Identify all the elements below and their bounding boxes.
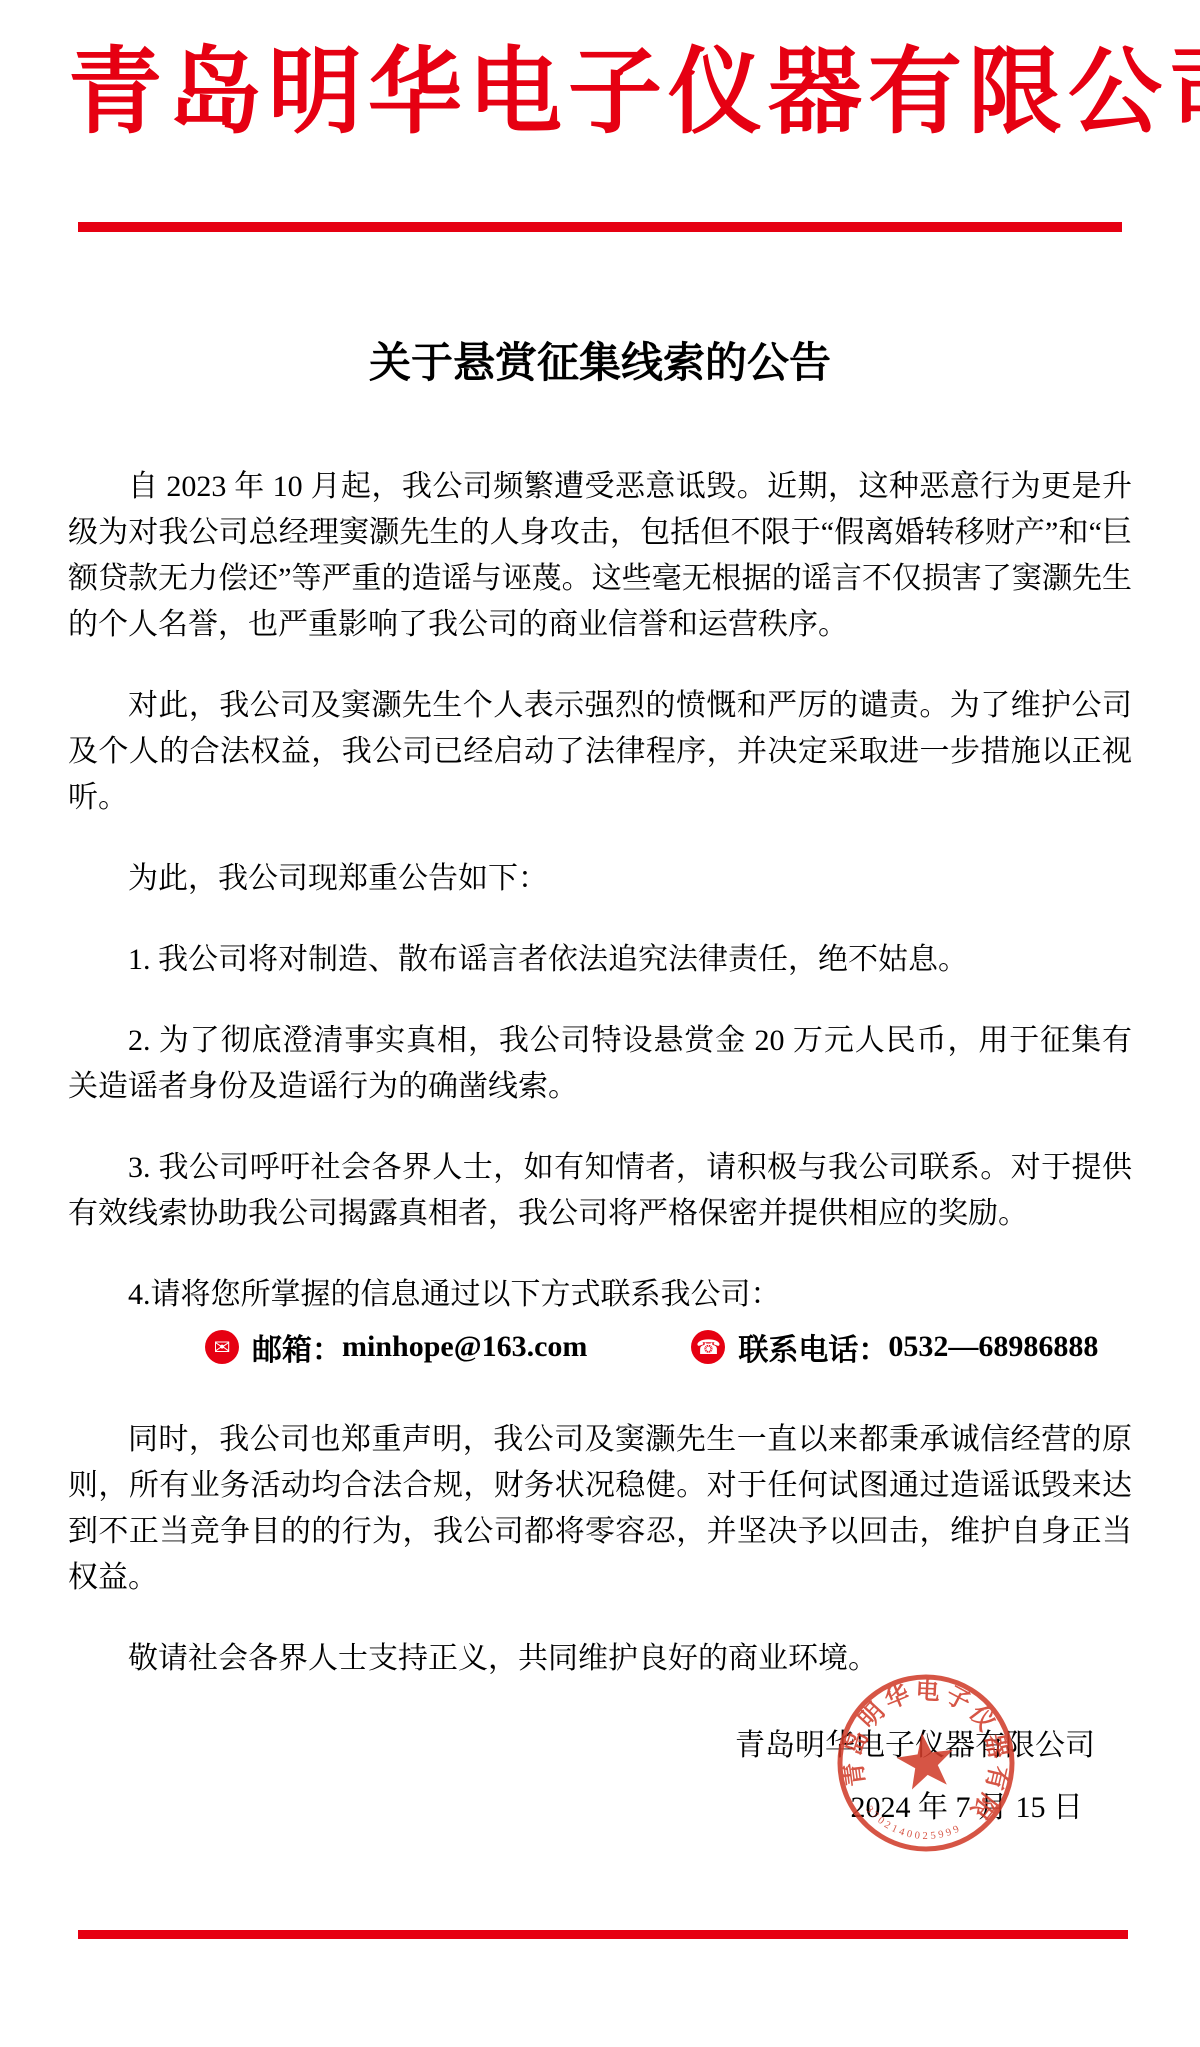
list-item-4: 4.请将您所掌握的信息通过以下方式联系我公司： <box>68 1272 1132 1318</box>
footer-divider-line <box>78 1930 1128 1939</box>
paragraph-announce-intro: 为此，我公司现郑重公告如下： <box>68 856 1132 902</box>
list-item-1: 1. 我公司将对制造、散布谣言者依法追究法律责任，绝不姑息。 <box>68 937 1132 983</box>
document-page: 青岛明华电子仪器有限公司 关于悬赏征集线索的公告 自 2023 年 10 月起，… <box>0 36 1200 1831</box>
paragraph-condemnation: 对此，我公司及窦灏先生个人表示强烈的愤慨和严厉的谴责。为了维护公司及个人的合法权… <box>68 683 1132 821</box>
company-letterhead: 青岛明华电子仪器有限公司 <box>68 36 1132 151</box>
phone-number: 0532—68986888 <box>888 1330 1098 1364</box>
phone-contact: ☎ 联系电话： 0532—68986888 <box>691 1325 1098 1369</box>
email-contact: ✉ 邮箱： minhope@163.com <box>205 1325 587 1369</box>
paragraph-background: 自 2023 年 10 月起，我公司频繁遭受恶意诋毁。近期，这种恶意行为更是升级… <box>68 464 1132 648</box>
paragraph-appeal: 敬请社会各界人士支持正义，共同维护良好的商业环境。 <box>68 1636 1132 1682</box>
list-item-2: 2. 为了彻底澄清事实真相，我公司特设悬赏金 20 万元人民币，用于征集有关造谣… <box>68 1018 1132 1110</box>
signature-block: 青岛明华电子仪器有限公司 2024 年 7 月 15 日 青岛明华电子仪器有限公… <box>68 1723 1132 1831</box>
announcement-page: { "page": { "background": "#ffffff", "ac… <box>0 0 1200 2047</box>
envelope-icon: ✉ <box>205 1330 239 1364</box>
contact-row: ✉ 邮箱： minhope@163.com ☎ 联系电话： 0532—68986… <box>68 1324 1132 1370</box>
signature-date: 2024 年 7 月 15 日 <box>68 1785 1095 1831</box>
paragraph-statement: 同时，我公司也郑重声明，我公司及窦灏先生一直以来都秉承诚信经营的原则，所有业务活… <box>68 1417 1132 1601</box>
email-label: 邮箱： <box>252 1325 342 1369</box>
list-item-3: 3. 我公司呼吁社会各界人士，如有知情者，请积极与我公司联系。对于提供有效线索协… <box>68 1145 1132 1237</box>
phone-label: 联系电话： <box>738 1325 888 1369</box>
letterhead-divider-line <box>78 222 1122 232</box>
telephone-icon: ☎ <box>691 1330 725 1364</box>
signature-company-name: 青岛明华电子仪器有限公司 <box>68 1723 1095 1769</box>
email-address: minhope@163.com <box>342 1330 587 1364</box>
announcement-title: 关于悬赏征集线索的公告 <box>68 340 1132 388</box>
